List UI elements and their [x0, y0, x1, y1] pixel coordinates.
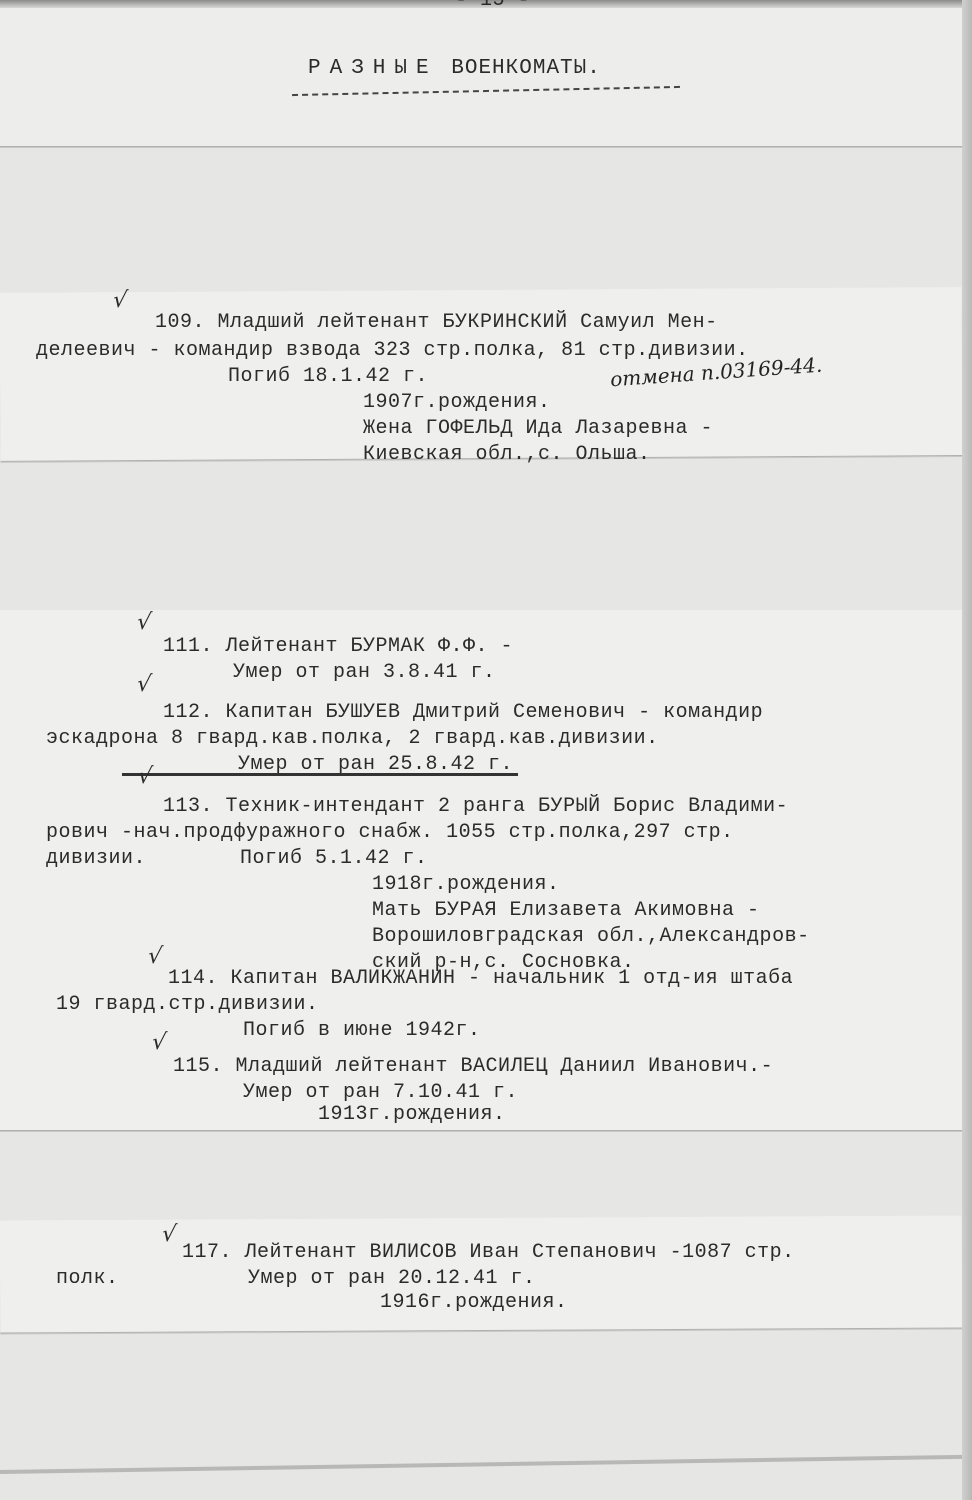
page-right-edge — [962, 0, 972, 1500]
entry-113-line-7: Ворошиловградская обл.,Александров- — [372, 926, 810, 948]
entry-113-line-4: Погиб 5.1.42 г. — [240, 848, 428, 870]
entry-111-line-1: 111. Лейтенант БУРМАК Ф.Ф. - — [163, 636, 513, 658]
entry-111-line-2: Умер от ран 3.8.41 г. — [233, 662, 496, 684]
entry-113-line-5: 1918г.рождения. — [372, 874, 560, 896]
entry-113-line-1: 113. Техник-интендант 2 ранга БУРЫЙ Бори… — [163, 796, 788, 818]
entry-109-line-2: делеевич - командир взвода 323 стр.полка… — [36, 340, 749, 362]
entry-117-line-3: Умер от ран 20.12.41 г. — [248, 1268, 536, 1290]
paper-seam — [0, 1455, 972, 1474]
entry-109-line-3: Погиб 18.1.42 г. — [228, 366, 428, 388]
page-title-spaced: РАЗНЫЕ — [308, 57, 438, 80]
page-number: - 15 - — [455, 0, 530, 12]
entry-109-line-5: Жена ГОФЕЛЬД Ида Лазаревна - — [363, 418, 713, 440]
entry-113-line-6: Мать БУРАЯ Елизавета Акимовна - — [372, 900, 760, 922]
entry-115-line-2: Умер от ран 7.10.41 г. — [243, 1082, 518, 1104]
entry-114-line-1: 114. Капитан ВАЛИКЖАНИН - начальник 1 от… — [168, 968, 793, 990]
entry-113-line-2: рович -нач.продфуражного снабж. 1055 стр… — [46, 822, 734, 844]
entry-112-line-2: эскадрона 8 гвард.кав.полка, 2 гвард.кав… — [46, 728, 659, 750]
entry-109-line-6: Киевская обл.,с. Ольша. — [363, 444, 651, 466]
entry-114-line-3: Погиб в июне 1942г. — [243, 1020, 481, 1042]
entry-109-line-1: 109. Младший лейтенант БУКРИНСКИЙ Самуил… — [155, 312, 718, 334]
entry-109-line-4: 1907г.рождения. — [363, 392, 551, 414]
entry-117-line-1: 117. Лейтенант ВИЛИСОВ Иван Степанович -… — [182, 1242, 795, 1264]
entry-113-line-3: дивизии. — [46, 848, 146, 870]
page-title: РАЗНЫЕ ВОЕНКОМАТЫ. — [308, 58, 601, 80]
entry-117-line-4: 1916г.рождения. — [380, 1292, 568, 1314]
entry-117-line-2: полк. — [56, 1268, 119, 1290]
entry-115-line-1: 115. Младший лейтенант ВАСИЛЕЦ Даниил Ив… — [173, 1056, 773, 1078]
entry-112-line-1: 112. Капитан БУШУЕВ Дмитрий Семенович - … — [163, 702, 763, 724]
page-title-rest: ВОЕНКОМАТЫ. — [451, 57, 601, 80]
strike-line — [122, 773, 518, 776]
entry-115-line-3: 1913г.рождения. — [318, 1104, 506, 1126]
entry-114-line-2: 19 гвард.стр.дивизии. — [56, 994, 319, 1016]
